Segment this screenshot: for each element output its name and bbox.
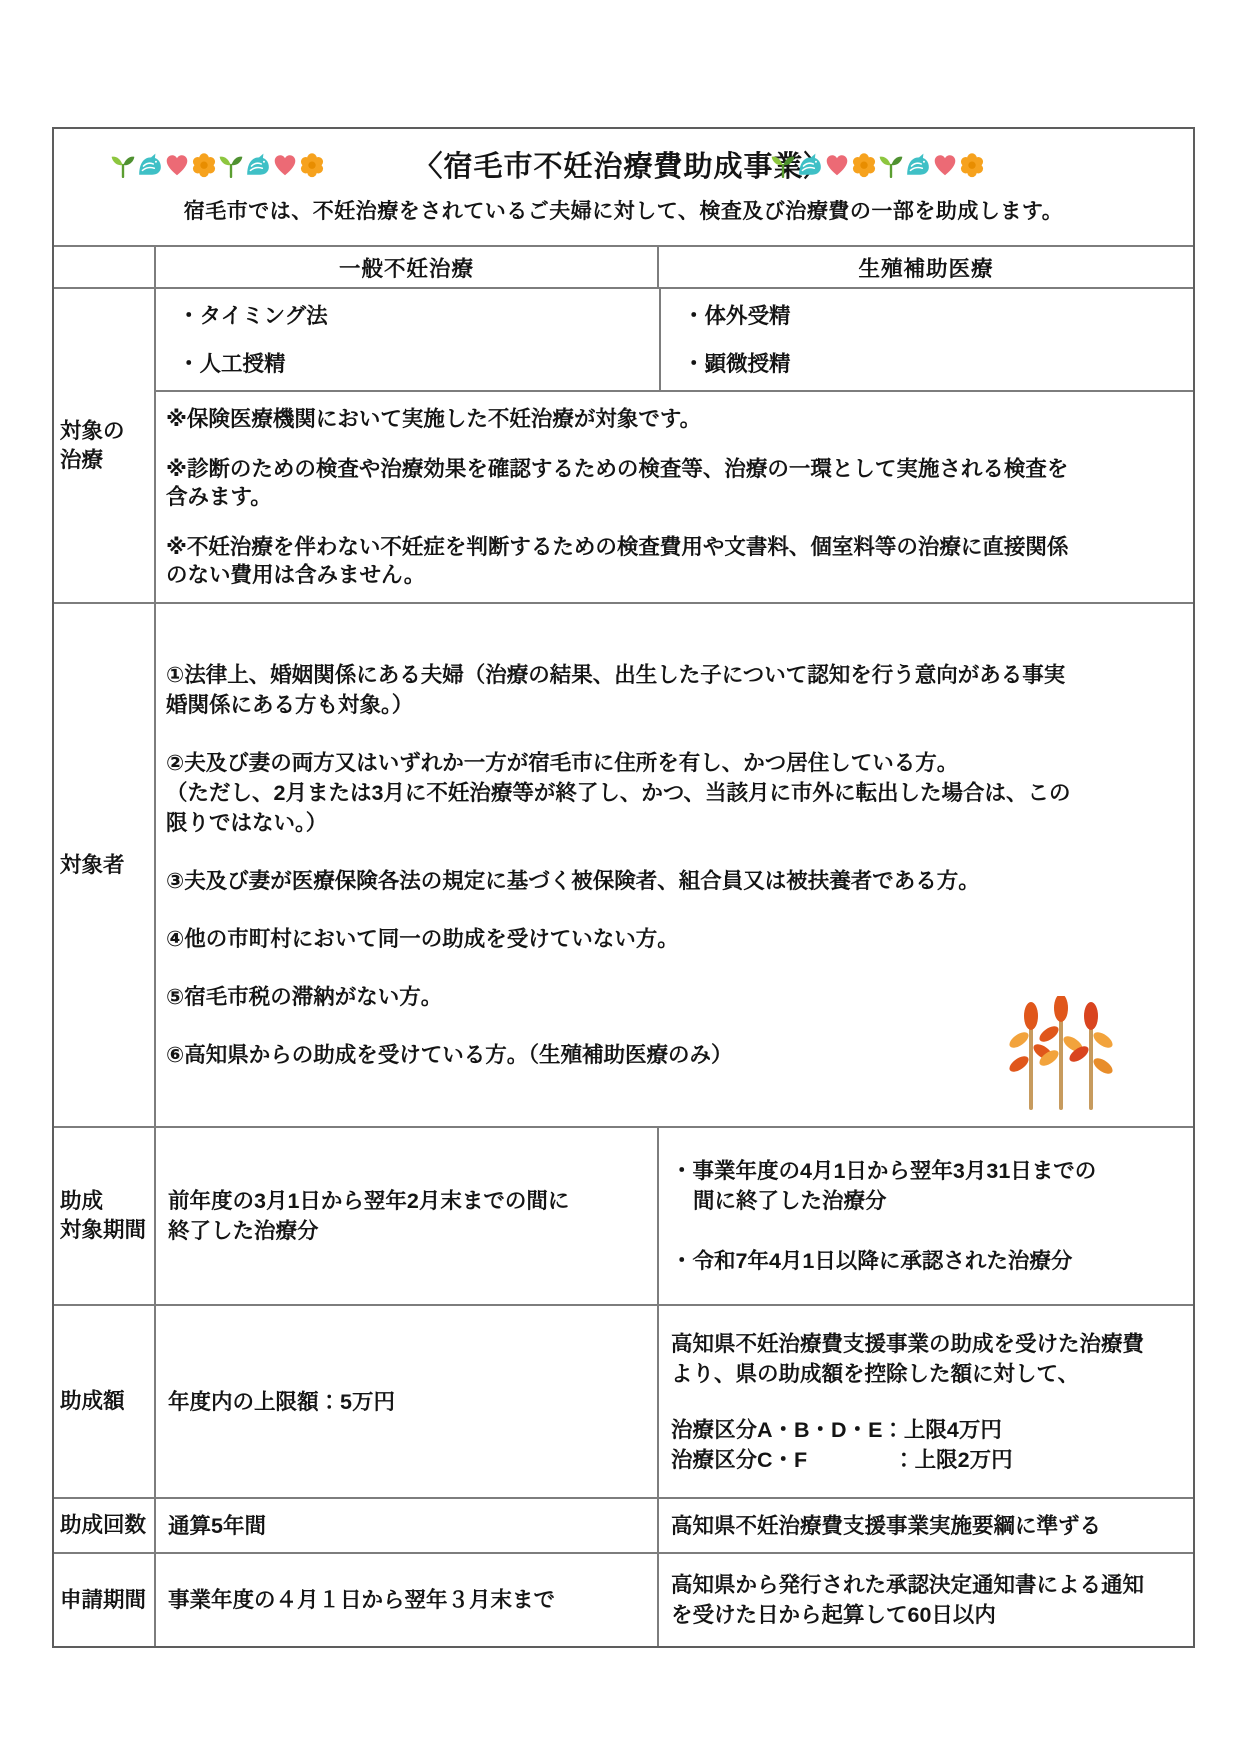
general-treatment-list: ・タイミング法 ・人工授精 — [156, 289, 659, 390]
page-title: 〈宿毛市不妊治療費助成事業〉 — [54, 149, 1193, 185]
autumn-plant-illustration — [1009, 996, 1113, 1114]
header-general-treatment: 一般不妊治療 — [154, 247, 657, 287]
header-assisted-reproduction: 生殖補助医療 — [657, 247, 1193, 287]
row-subsidy-count: 助成回数 通算5年間 高知県不妊治療費支援事業実施要綱に準ずる — [54, 1497, 1193, 1552]
treatment-item: ・人工授精 — [178, 349, 659, 379]
title-row: 〈宿毛市不妊治療費助成事業〉 宿毛市では、不妊治療をされているご夫婦に対して、検… — [54, 129, 1193, 245]
row-target-treatment: 対象の 治療 ・タイミング法 ・人工授精 ・体外受精 ・顕微授精 ※保険医療機関… — [54, 287, 1193, 602]
treatment-notes: ※保険医療機関において実施した不妊治療が対象です。 ※診断のための検査や治療効果… — [156, 392, 1193, 602]
flower-icon — [959, 152, 985, 178]
title-decoration-right — [770, 152, 985, 178]
bird-icon — [905, 152, 931, 178]
treatment-note: ※不妊治療を伴わない不妊症を判断するための検査費用や文書料、個室料等の治療に直接… — [166, 533, 1183, 589]
row-subsidy-amount: 助成額 年度内の上限額：5万円 高知県不妊治療費支援事業の助成を受けた治療費 よ… — [54, 1304, 1193, 1497]
eligibility-item: ④他の市町村において同一の助成を受けていない方。 — [166, 924, 1183, 954]
row-label-eligible-persons: 対象者 — [54, 604, 154, 1126]
application-art-text: 高知県から発行された承認決定通知書による通知 を受けた日から起算して60日以内 — [671, 1570, 1183, 1630]
art-treatment-list: ・体外受精 ・顕微授精 — [659, 289, 1193, 390]
treatment-item: ・体外受精 — [683, 301, 1193, 331]
eligibility-item: ①法律上、婚姻関係にある夫婦（治療の結果、出生した子について認知を行う意向がある… — [166, 660, 1183, 720]
application-general-text: 事業年度の４月１日から翌年３月末まで — [168, 1585, 647, 1615]
row-eligible-persons: 対象者 ①法律上、婚姻関係にある夫婦（治療の結果、出生した子について認知を行う意… — [54, 602, 1193, 1126]
subsidy-info-table: 〈宿毛市不妊治療費助成事業〉 宿毛市では、不妊治療をされているご夫婦に対して、検… — [52, 127, 1195, 1648]
row-label-application-period: 申請期間 — [54, 1554, 154, 1646]
heart-icon — [932, 152, 958, 178]
cell-amount-general: 年度内の上限額：5万円 — [154, 1306, 657, 1497]
treatment-lists: ・タイミング法 ・人工授精 ・体外受精 ・顕微授精 — [156, 289, 1193, 392]
count-general-text: 通算5年間 — [168, 1511, 647, 1541]
period-art-item: ・令和7年4月1日以降に承認された治療分 — [671, 1246, 1183, 1276]
header-empty-cell — [54, 247, 154, 287]
row-label-subsidy-period: 助成 対象期間 — [54, 1128, 154, 1304]
amount-art-limit-line: 治療区分C・F ：上限2万円 — [671, 1445, 1183, 1475]
sprout-icon — [878, 152, 904, 178]
eligibility-item: ③夫及び妻が医療保険各法の規定に基づく被保険者、組合員又は被扶養者である方。 — [166, 866, 1183, 896]
page-subtitle: 宿毛市では、不妊治療をされているご夫婦に対して、検査及び治療費の一部を助成します… — [54, 195, 1193, 225]
row-application-period: 申請期間 事業年度の４月１日から翌年３月末まで 高知県から発行された承認決定通知… — [54, 1552, 1193, 1646]
document-page: 〈宿毛市不妊治療費助成事業〉 宿毛市では、不妊治療をされているご夫婦に対して、検… — [0, 0, 1241, 1754]
cell-period-general: 前年度の3月1日から翌年2月末までの間に 終了した治療分 — [154, 1128, 657, 1304]
amount-art-intro: 高知県不妊治療費支援事業の助成を受けた治療費 より、県の助成額を控除した額に対し… — [671, 1329, 1183, 1389]
flower-icon — [851, 152, 877, 178]
cell-amount-art: 高知県不妊治療費支援事業の助成を受けた治療費 より、県の助成額を控除した額に対し… — [657, 1306, 1193, 1497]
period-art-item: ・事業年度の4月1日から翌年3月31日までの 間に終了した治療分 — [671, 1156, 1183, 1216]
row-label-subsidy-amount: 助成額 — [54, 1306, 154, 1497]
treatment-note: ※保険医療機関において実施した不妊治療が対象です。 — [166, 405, 1183, 433]
amount-general-text: 年度内の上限額：5万円 — [168, 1387, 647, 1417]
title-line: 〈宿毛市不妊治療費助成事業〉 — [54, 149, 1193, 185]
period-general-text: 前年度の3月1日から翌年2月末までの間に 終了した治療分 — [168, 1186, 647, 1246]
row-subsidy-period: 助成 対象期間 前年度の3月1日から翌年2月末までの間に 終了した治療分 ・事業… — [54, 1126, 1193, 1304]
column-header-row: 一般不妊治療 生殖補助医療 — [54, 245, 1193, 287]
cell-application-art: 高知県から発行された承認決定通知書による通知 を受けた日から起算して60日以内 — [657, 1554, 1193, 1646]
count-art-text: 高知県不妊治療費支援事業実施要綱に準ずる — [671, 1511, 1183, 1541]
treatment-item: ・タイミング法 — [178, 301, 659, 331]
cell-count-art: 高知県不妊治療費支援事業実施要綱に準ずる — [657, 1499, 1193, 1552]
bird-icon — [797, 152, 823, 178]
cell-target-treatment: ・タイミング法 ・人工授精 ・体外受精 ・顕微授精 ※保険医療機関において実施し… — [154, 289, 1193, 602]
amount-art-limits: 治療区分A・B・D・E：上限4万円 治療区分C・F ：上限2万円 — [671, 1415, 1183, 1475]
cell-count-general: 通算5年間 — [154, 1499, 657, 1552]
cell-period-art: ・事業年度の4月1日から翌年3月31日までの 間に終了した治療分 ・令和7年4月… — [657, 1128, 1193, 1304]
cell-application-general: 事業年度の４月１日から翌年３月末まで — [154, 1554, 657, 1646]
cell-eligible-persons: ①法律上、婚姻関係にある夫婦（治療の結果、出生した子について認知を行う意向がある… — [154, 604, 1193, 1126]
row-label-subsidy-count: 助成回数 — [54, 1499, 154, 1552]
heart-icon — [824, 152, 850, 178]
row-label-target-treatment: 対象の 治療 — [54, 289, 154, 602]
treatment-item: ・顕微授精 — [683, 349, 1193, 379]
treatment-note: ※診断のための検査や治療効果を確認するための検査等、治療の一環として実施される検… — [166, 455, 1183, 511]
eligibility-item: ②夫及び妻の両方又はいずれか一方が宿毛市に住所を有し、かつ居住している方。 （た… — [166, 748, 1183, 838]
amount-art-limit-line: 治療区分A・B・D・E：上限4万円 — [671, 1415, 1183, 1445]
sprout-icon — [770, 152, 796, 178]
